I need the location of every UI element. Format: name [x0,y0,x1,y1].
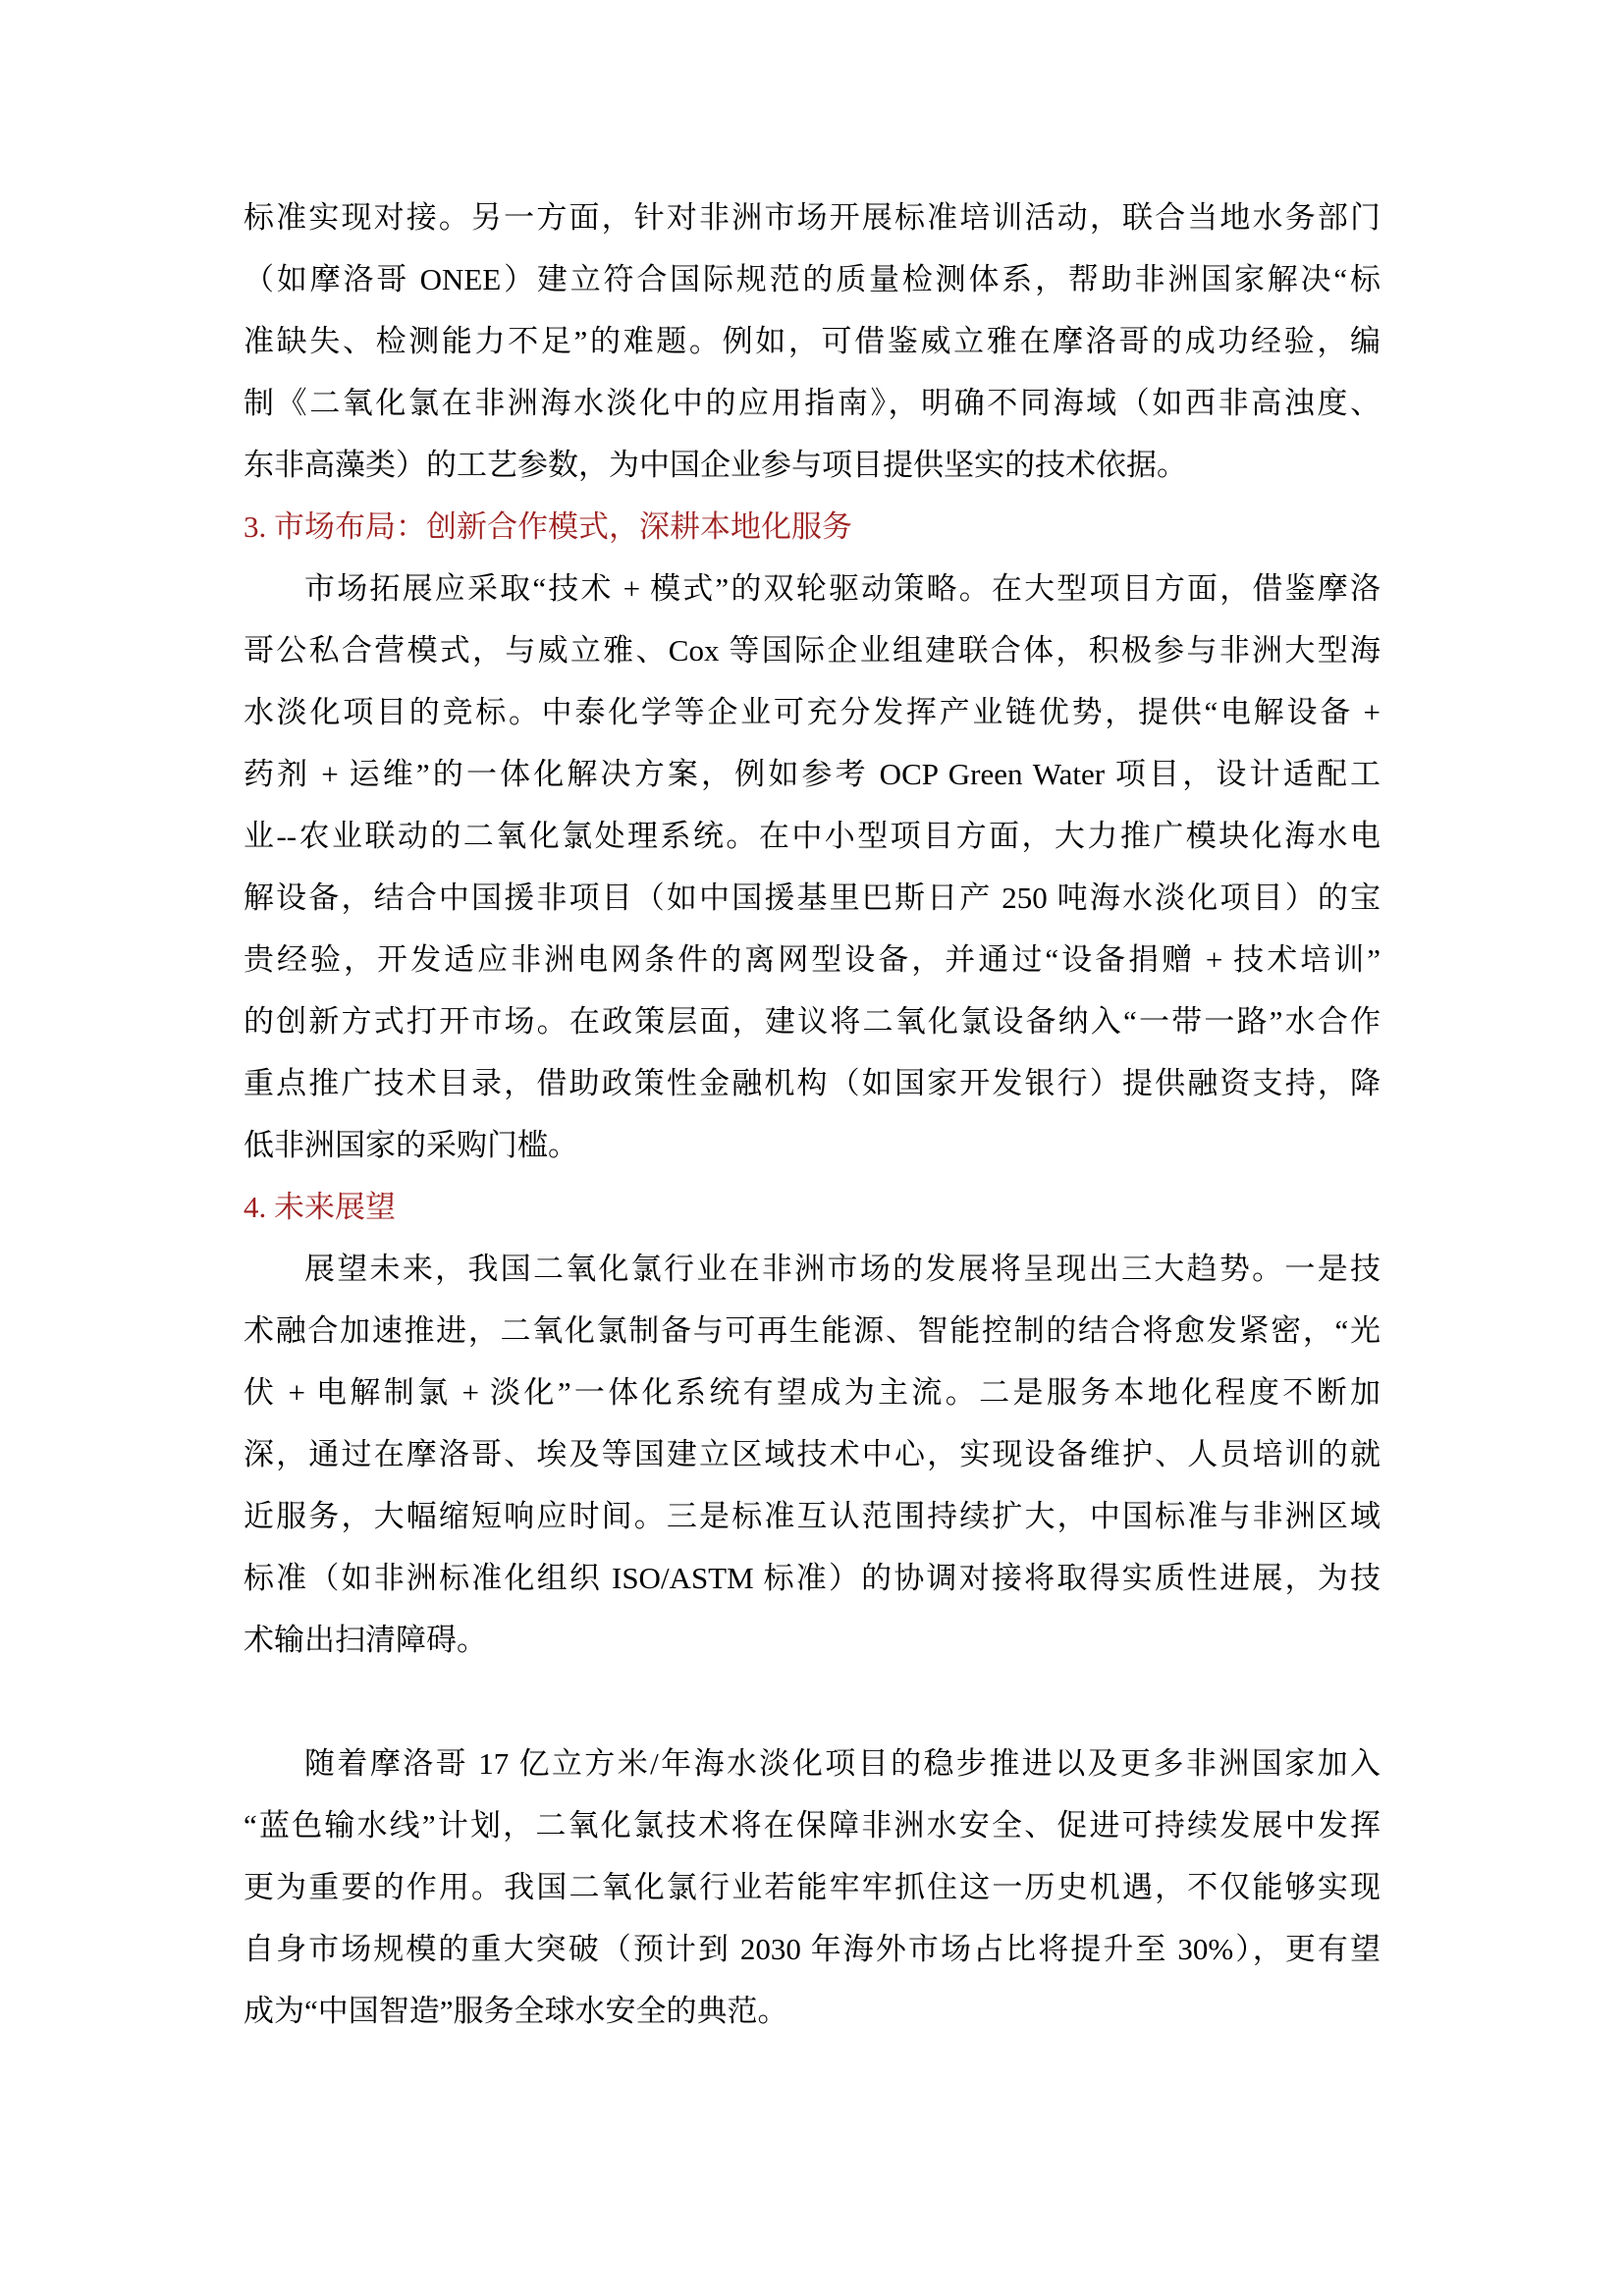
paragraph: 展望未来，我国二氧化氯行业在非洲市场的发展将呈现出三大趋势。一是技术融合加速推进… [244,1238,1380,1671]
text-line: 的创新方式打开市场。在政策层面，建议将二氧化氯设备纳入“一带一路”水合作 [244,990,1380,1052]
section-heading: 3. 市场布局：创新合作模式，深耕本地化服务 [244,496,1380,558]
text-line: 准缺失、检测能力不足”的难题。例如，可借鉴威立雅在摩洛哥的成功经验，编 [244,310,1380,372]
paragraph: 随着摩洛哥 17 亿立方米/年海水淡化项目的稳步推进以及更多非洲国家加入“蓝色输… [244,1733,1380,2042]
text-line: 更为重要的作用。我国二氧化氯行业若能牢牢抓住这一历史机遇，不仅能够实现 [244,1856,1380,1918]
text-line: 业--农业联动的二氧化氯处理系统。在中小型项目方面，大力推广模块化海水电 [244,805,1380,867]
text-line: 解设备，结合中国援非项目（如中国援基里巴斯日产 250 吨海水淡化项目）的宝 [244,867,1380,929]
text-line: 市场拓展应采取“技术 + 模式”的双轮驱动策略。在大型项目方面，借鉴摩洛 [244,558,1380,619]
document-page: 标准实现对接。另一方面，针对非洲市场开展标准培训活动，联合当地水务部门（如摩洛哥… [0,0,1624,2296]
text-line: 近服务，大幅缩短响应时间。三是标准互认范围持续扩大，中国标准与非洲区域 [244,1485,1380,1547]
text-line: 水淡化项目的竞标。中泰化学等企业可充分发挥产业链优势，提供“电解设备 + [244,681,1380,743]
section-heading: 4. 未来展望 [244,1176,1380,1238]
text-line: “蓝色输水线”计划，二氧化氯技术将在保障非洲水安全、促进可持续发展中发挥 [244,1794,1380,1856]
text-line: 东非高藻类）的工艺参数，为中国企业参与项目提供坚实的技术依据。 [244,434,1380,496]
text-line: 贵经验，开发适应非洲电网条件的离网型设备，并通过“设备捐赠 + 技术培训” [244,929,1380,990]
text-line: 低非洲国家的采购门槛。 [244,1114,1380,1176]
text-line: 重点推广技术目录，借助政策性金融机构（如国家开发银行）提供融资支持，降 [244,1052,1380,1114]
text-line: 标准实现对接。另一方面，针对非洲市场开展标准培训活动，联合当地水务部门 [244,187,1380,248]
text-line: 哥公私合营模式，与威立雅、Cox 等国际企业组建联合体，积极参与非洲大型海 [244,619,1380,681]
paragraph: 市场拓展应采取“技术 + 模式”的双轮驱动策略。在大型项目方面，借鉴摩洛哥公私合… [244,558,1380,1176]
text-line: 展望未来，我国二氧化氯行业在非洲市场的发展将呈现出三大趋势。一是技 [244,1238,1380,1300]
text-line: 制《二氧化氯在非洲海水淡化中的应用指南》，明确不同海域（如西非高浊度、 [244,372,1380,434]
text-line: 术输出扫清障碍。 [244,1609,1380,1671]
text-line: 成为“中国智造”服务全球水安全的典范。 [244,1980,1380,2042]
text-line: 深，通过在摩洛哥、埃及等国建立区域技术中心，实现设备维护、人员培训的就 [244,1423,1380,1485]
text-line: 自身市场规模的重大突破（预计到 2030 年海外市场占比将提升至 30%），更有… [244,1918,1380,1980]
document-body: 标准实现对接。另一方面，针对非洲市场开展标准培训活动，联合当地水务部门（如摩洛哥… [0,0,1624,2296]
text-line: 伏 + 电解制氯 + 淡化”一体化系统有望成为主流。二是服务本地化程度不断加 [244,1362,1380,1423]
text-line: 术融合加速推进，二氧化氯制备与可再生能源、智能控制的结合将愈发紧密，“光 [244,1300,1380,1362]
paragraph-spacer [244,1671,1380,1733]
text-line: 标准（如非洲标准化组织 ISO/ASTM 标准）的协调对接将取得实质性进展，为技 [244,1547,1380,1609]
text-line: 随着摩洛哥 17 亿立方米/年海水淡化项目的稳步推进以及更多非洲国家加入 [244,1733,1380,1794]
text-line: （如摩洛哥 ONEE）建立符合国际规范的质量检测体系，帮助非洲国家解决“标 [244,248,1380,310]
paragraph: 标准实现对接。另一方面，针对非洲市场开展标准培训活动，联合当地水务部门（如摩洛哥… [244,187,1380,496]
text-line: 药剂 + 运维”的一体化解决方案，例如参考 OCP Green Water 项目… [244,743,1380,805]
